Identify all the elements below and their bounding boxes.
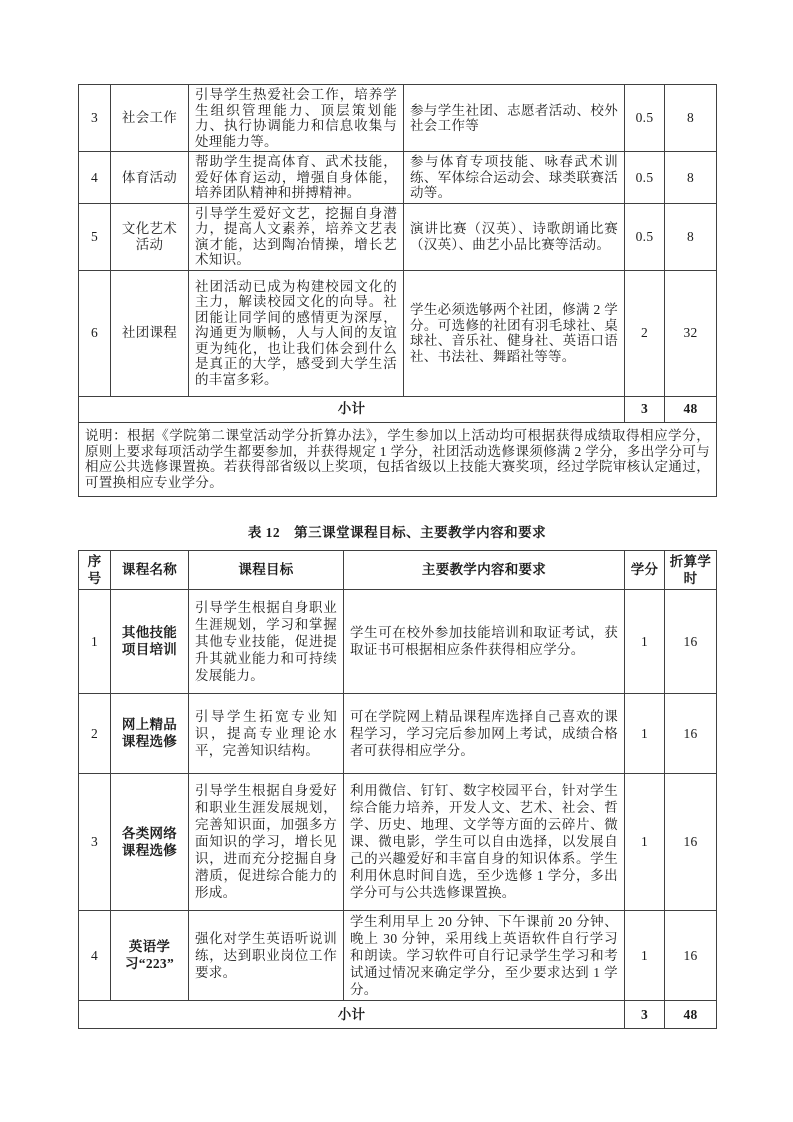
header-row: 序号 课程名称 课程目标 主要教学内容和要求 学分 折算学时 (79, 550, 717, 589)
subtotal-credit-cell: 3 (625, 1000, 665, 1028)
subtotal-credit-cell: 3 (625, 396, 665, 422)
table-row: 3 各类网络课程选修 引导学生根据自身爱好和职业生涯发展规划，完善知识面，加强多… (79, 773, 717, 910)
row-number-cell: 3 (79, 773, 111, 910)
header-credit-cell: 学分 (625, 550, 665, 589)
course-name-cell: 文化艺术活动 (111, 203, 189, 270)
course-objective-cell: 引导学生根据自身爱好和职业生涯发展规划，完善知识面，加强多方面知识的学习，增长见… (189, 773, 344, 910)
hours-cell: 8 (665, 152, 717, 204)
table-row: 3 社会工作 引导学生热爱社会工作，培养学生组织管理能力、顶层策划能力、执行协调… (79, 85, 717, 152)
row-number-cell: 6 (79, 270, 111, 396)
note-row: 说明：根据《学院第二课堂活动学分折算办法》，学生参加以上活动均可根据获得成绩取得… (79, 422, 717, 496)
table-row: 5 文化艺术活动 引导学生爱好文艺，挖掘自身潜力，提高人文素养，培养文艺表演才能… (79, 203, 717, 270)
course-objective-cell: 社团活动已成为构建校园文化的主力，解读校园文化的向导。社团能让同学间的感情更为深… (189, 270, 404, 396)
table-row: 4 体育活动 帮助学生提高体育、武术技能，爱好体育运动，增强自身体能，培养团队精… (79, 152, 717, 204)
course-name-cell: 社会工作 (111, 85, 189, 152)
credit-cell: 1 (625, 589, 665, 693)
course-name-cell: 社团课程 (111, 270, 189, 396)
subtotal-row: 小计 3 48 (79, 396, 717, 422)
row-number-cell: 4 (79, 152, 111, 204)
teaching-content-cell: 学生必须选够两个社团，修满 2 学分。可选修的社团有羽毛球社、桌球社、音乐社、健… (404, 270, 625, 396)
credit-cell: 0.5 (625, 203, 665, 270)
course-objective-cell: 帮助学生提高体育、武术技能，爱好体育运动，增强自身体能，培养团队精神和拼搏精神。 (189, 152, 404, 204)
credit-cell: 0.5 (625, 85, 665, 152)
header-no-cell: 序号 (79, 550, 111, 589)
hours-cell: 16 (665, 773, 717, 910)
credit-cell: 0.5 (625, 152, 665, 204)
teaching-content-cell: 可在学院网上精品课程库选择自己喜欢的课程学习，学习完后参加网上考试，成绩合格者可… (344, 693, 625, 773)
second-classroom-table: 3 社会工作 引导学生热爱社会工作，培养学生组织管理能力、顶层策划能力、执行协调… (78, 84, 717, 497)
course-name-cell: 英语学习“223” (111, 910, 189, 1000)
hours-cell: 16 (665, 693, 717, 773)
teaching-content-cell: 学生可在校外参加技能培训和取证考试，获取证书可根据相应条件获得相应学分。 (344, 589, 625, 693)
teaching-content-cell: 参与学生社团、志愿者活动、校外社会工作等 (404, 85, 625, 152)
hours-cell: 8 (665, 203, 717, 270)
row-number-cell: 2 (79, 693, 111, 773)
credit-cell: 1 (625, 910, 665, 1000)
course-objective-cell: 强化对学生英语听说训练，达到职业岗位工作要求。 (189, 910, 344, 1000)
teaching-content-cell: 利用微信、钉钉、数字校园平台，针对学生综合能力培养，开发人文、艺术、社会、哲学、… (344, 773, 625, 910)
course-name-cell: 其他技能项目培训 (111, 589, 189, 693)
course-objective-cell: 引导学生热爱社会工作，培养学生组织管理能力、顶层策划能力、执行协调能力和信息收集… (189, 85, 404, 152)
hours-cell: 16 (665, 910, 717, 1000)
course-objective-cell: 引导学生爱好文艺，挖掘自身潜力，提高人文素养，培养文艺表演才能，达到陶冶情操，增… (189, 203, 404, 270)
credit-cell: 2 (625, 270, 665, 396)
header-content-cell: 主要教学内容和要求 (344, 550, 625, 589)
course-name-cell: 体育活动 (111, 152, 189, 204)
subtotal-hours-cell: 48 (665, 1000, 717, 1028)
hours-cell: 16 (665, 589, 717, 693)
page-content: 3 社会工作 引导学生热爱社会工作，培养学生组织管理能力、顶层策划能力、执行协调… (78, 84, 716, 1029)
teaching-content-cell: 参与体育专项技能、咏春武术训练、军体综合运动会、球类联赛活动等。 (404, 152, 625, 204)
table-12-title: 表 12 第三课堂课程目标、主要教学内容和要求 (78, 523, 716, 543)
row-number-cell: 3 (79, 85, 111, 152)
row-number-cell: 5 (79, 203, 111, 270)
document-page: 3 社会工作 引导学生热爱社会工作，培养学生组织管理能力、顶层策划能力、执行协调… (0, 0, 793, 1122)
credit-cell: 1 (625, 773, 665, 910)
course-objective-cell: 引导学生根据自身职业生涯规划，学习和掌握其他专业技能，促进提升其就业能力和可持续… (189, 589, 344, 693)
subtotal-hours-cell: 48 (665, 396, 717, 422)
course-name-cell: 各类网络课程选修 (111, 773, 189, 910)
note-cell: 说明：根据《学院第二课堂活动学分折算办法》，学生参加以上活动均可根据获得成绩取得… (79, 422, 717, 496)
credit-cell: 1 (625, 693, 665, 773)
row-number-cell: 4 (79, 910, 111, 1000)
course-name-cell: 网上精品课程选修 (111, 693, 189, 773)
teaching-content-cell: 演讲比赛（汉英）、诗歌朗诵比赛（汉英）、曲艺小品比赛等活动。 (404, 203, 625, 270)
header-hours-cell: 折算学时 (665, 550, 717, 589)
table-row: 1 其他技能项目培训 引导学生根据自身职业生涯规划，学习和掌握其他专业技能，促进… (79, 589, 717, 693)
row-number-cell: 1 (79, 589, 111, 693)
subtotal-label-cell: 小计 (79, 1000, 625, 1028)
course-objective-cell: 引导学生拓宽专业知识，提高专业理论水平，完善知识结构。 (189, 693, 344, 773)
hours-cell: 8 (665, 85, 717, 152)
table-row: 6 社团课程 社团活动已成为构建校园文化的主力，解读校园文化的向导。社团能让同学… (79, 270, 717, 396)
table-row: 4 英语学习“223” 强化对学生英语听说训练，达到职业岗位工作要求。 学生利用… (79, 910, 717, 1000)
header-course-name-cell: 课程名称 (111, 550, 189, 589)
third-classroom-table: 序号 课程名称 课程目标 主要教学内容和要求 学分 折算学时 1 其他技能项目培… (78, 550, 717, 1029)
teaching-content-cell: 学生利用早上 20 分钟、下午课前 20 分钟、晚上 30 分钟，采用线上英语软… (344, 910, 625, 1000)
hours-cell: 32 (665, 270, 717, 396)
header-objective-cell: 课程目标 (189, 550, 344, 589)
table-row: 2 网上精品课程选修 引导学生拓宽专业知识，提高专业理论水平，完善知识结构。 可… (79, 693, 717, 773)
subtotal-row: 小计 3 48 (79, 1000, 717, 1028)
subtotal-label-cell: 小计 (79, 396, 625, 422)
